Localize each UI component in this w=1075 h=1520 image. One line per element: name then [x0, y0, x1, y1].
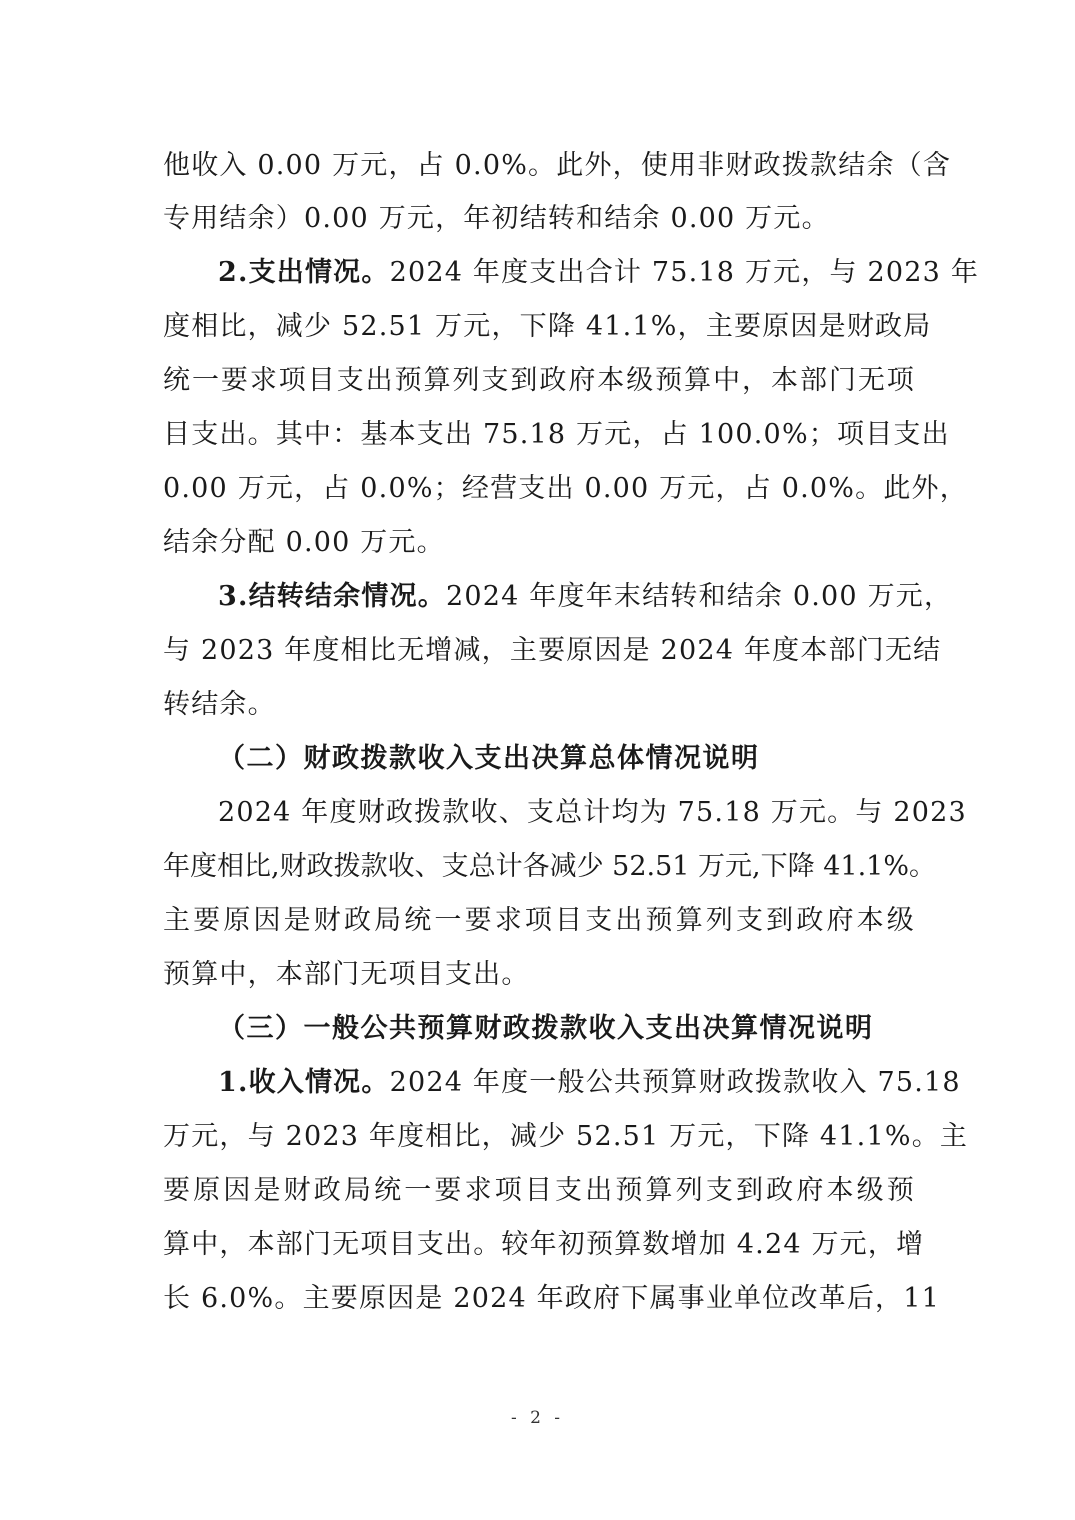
section-heading-3: （三）一般公共预算财政拨款收入支出决算情况说明	[218, 1011, 874, 1047]
subheading-income: 1.收入情况。	[218, 1067, 390, 1098]
paragraph-line: 3.结转结余情况。2024 年度年末结转和结余 0.00 万元，	[218, 579, 915, 615]
subheading-expenditure: 2.支出情况。	[218, 257, 390, 288]
paragraph-text: 2024 年度支出合计 75.18 万元，与 2023 年	[390, 257, 979, 288]
paragraph-line: 度相比，减少 52.51 万元，下降 41.1%，主要原因是财政局	[163, 309, 915, 345]
subheading-carryover: 3.结转结余情况。	[218, 581, 446, 612]
paragraph-line: 目支出。其中：基本支出 75.18 万元，占 100.0%；项目支出	[163, 417, 915, 453]
paragraph-line: 转结余。	[163, 687, 915, 723]
section-heading-2: （二）财政拨款收入支出决算总体情况说明	[218, 741, 760, 777]
page-number: - 2 -	[0, 1408, 1075, 1428]
paragraph-line: 结余分配 0.00 万元。	[163, 525, 915, 561]
paragraph-line: 长 6.0%。主要原因是 2024 年政府下属事业单位改革后，11	[163, 1281, 915, 1317]
paragraph-text: 2024 年度一般公共预算财政拨款收入 75.18	[390, 1067, 961, 1098]
paragraph-line: 他收入 0.00 万元，占 0.0%。此外，使用非财政拨款结余（含	[163, 148, 915, 184]
paragraph-line: 年度相比,财政拨款收、支总计各减少 52.51 万元,下降 41.1%。	[163, 849, 915, 885]
document-page: 他收入 0.00 万元，占 0.0%。此外，使用非财政拨款结余（含 专用结余）0…	[0, 0, 1075, 1520]
paragraph-line: 算中，本部门无项目支出。较年初预算数增加 4.24 万元，增	[163, 1227, 915, 1263]
paragraph-line: 万元，与 2023 年度相比，减少 52.51 万元，下降 41.1%。主	[163, 1119, 915, 1155]
paragraph-line: 统一要求项目支出预算列支到政府本级预算中，本部门无项	[163, 363, 915, 399]
paragraph-line: 2.支出情况。2024 年度支出合计 75.18 万元，与 2023 年	[218, 255, 915, 291]
paragraph-line: 1.收入情况。2024 年度一般公共预算财政拨款收入 75.18	[218, 1065, 915, 1101]
paragraph-line: 与 2023 年度相比无增减，主要原因是 2024 年度本部门无结	[163, 633, 915, 669]
paragraph-line: 0.00 万元，占 0.0%；经营支出 0.00 万元，占 0.0%。此外，	[163, 471, 915, 507]
paragraph-line: 2024 年度财政拨款收、支总计均为 75.18 万元。与 2023	[218, 795, 915, 831]
paragraph-line: 要原因是财政局统一要求项目支出预算列支到政府本级预	[163, 1173, 915, 1209]
paragraph-text: 2024 年度年末结转和结余 0.00 万元，	[446, 581, 952, 612]
paragraph-line: 主要原因是财政局统一要求项目支出预算列支到政府本级	[163, 903, 915, 939]
paragraph-line: 预算中，本部门无项目支出。	[163, 957, 915, 993]
paragraph-line: 专用结余）0.00 万元，年初结转和结余 0.00 万元。	[163, 201, 915, 237]
